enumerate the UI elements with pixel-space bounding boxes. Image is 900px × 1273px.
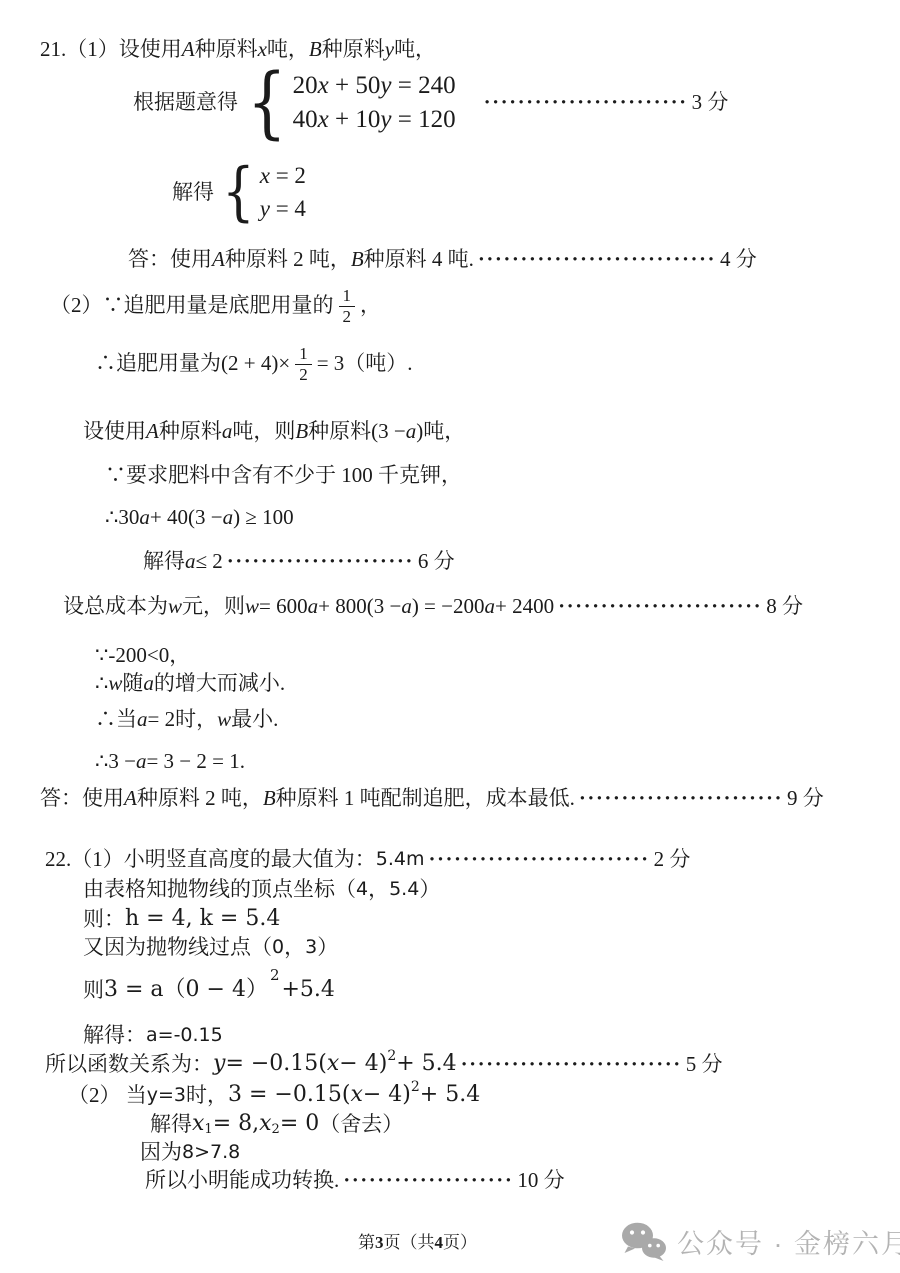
p22-hk-values: 则：h = 4, k = 5.4 bbox=[83, 905, 280, 934]
p22-part2-roots: 解得x1 = 8, x2 = 0（舍去） bbox=[150, 1110, 403, 1139]
answer-sheet-page: 21.（1）设使用 A 种原料 x 吨，B 种原料 y 吨， 根据题意得{20x… bbox=[0, 0, 900, 1273]
p21-part2-premise: （2）∵追肥用量是底肥用量的12， bbox=[50, 286, 381, 326]
watermark-text: 公众号 · 金榜六月 bbox=[677, 1222, 900, 1261]
page-number: 第3页（共4页） bbox=[358, 1228, 477, 1253]
p22-part2-equation: （2） 当 y=3 时，3 = −0.15(x − 4)2 + 5.4 bbox=[68, 1081, 480, 1110]
watermark: 公众号 · 金榜六月 bbox=[620, 1221, 900, 1261]
p21-part2-answer: 答：使用 A 种原料 2 吨，B 种原料 1 吨配制追肥，成本最低. ·····… bbox=[40, 785, 824, 812]
p21-solution-system: 解得{x = 2y = 4 bbox=[172, 160, 306, 225]
p22-function: 所以函数关系为：y = −0.15(x − 4)2 + 5.4·········… bbox=[45, 1050, 723, 1079]
p21-part2-assumption: 设使用 A 种原料 a 吨，则 B 种原料 (3 − a) 吨， bbox=[83, 418, 465, 445]
p22-point: 又因为抛物线过点（0，3） bbox=[83, 934, 338, 961]
p21-part2-constraint: ∵要求肥料中含有不少于 100 千克钾， bbox=[105, 462, 462, 489]
p21-part2-topdressing-amount: ∴追肥用量为(2 + 4)×12= 3（吨）. bbox=[95, 344, 413, 384]
p21-part2-cost-function: 设总成本为 w 元，则 w = 600a + 800(3 − a) = −200… bbox=[63, 593, 803, 620]
p22-solve-a: 解得：a=-0.15 bbox=[83, 1022, 223, 1049]
p21-part2-b-amount: ∴3 − a = 3 − 2 = 1. bbox=[95, 748, 245, 775]
p21-part2-minimum: ∴当 a = 2 时，w 最小. bbox=[95, 706, 278, 733]
p22-substitute: 则3 = a（0 − 4）2+5.4 bbox=[83, 976, 335, 1005]
p21-part1-answer: 答：使用 A 种原料 2 吨，B 种原料 4 吨. ··············… bbox=[128, 246, 757, 273]
p21-equation-system: 根据题意得{20x + 50y = 24040x + 10y = 120····… bbox=[133, 68, 728, 138]
p21-part1-setup: 21.（1）设使用 A 种原料 x 吨，B 种原料 y 吨， bbox=[40, 36, 436, 63]
p21-part2-monotonicity: ∴w 随 a 的增大而减小. bbox=[95, 670, 285, 697]
p22-part2-conclusion: 所以小明能成功转换. ····················10 分 bbox=[145, 1167, 565, 1194]
p22-vertex: 由表格知抛物线的顶点坐标（4，5.4） bbox=[83, 876, 440, 903]
p21-part2-inequality-solution: 解得 a ≤ 2······················6 分 bbox=[143, 548, 455, 575]
p22-part2-compare: 因为 8>7.8 bbox=[140, 1139, 240, 1166]
wechat-icon bbox=[620, 1221, 668, 1261]
p22-part1-max-height: 22.（1）小明竖直高度的最大值为：5.4m··················… bbox=[45, 846, 690, 873]
p21-part2-coefficient-note: ∵-200<0， bbox=[95, 642, 190, 669]
p21-part2-inequality: ∴30a + 40(3 − a) ≥ 100 bbox=[105, 504, 294, 531]
